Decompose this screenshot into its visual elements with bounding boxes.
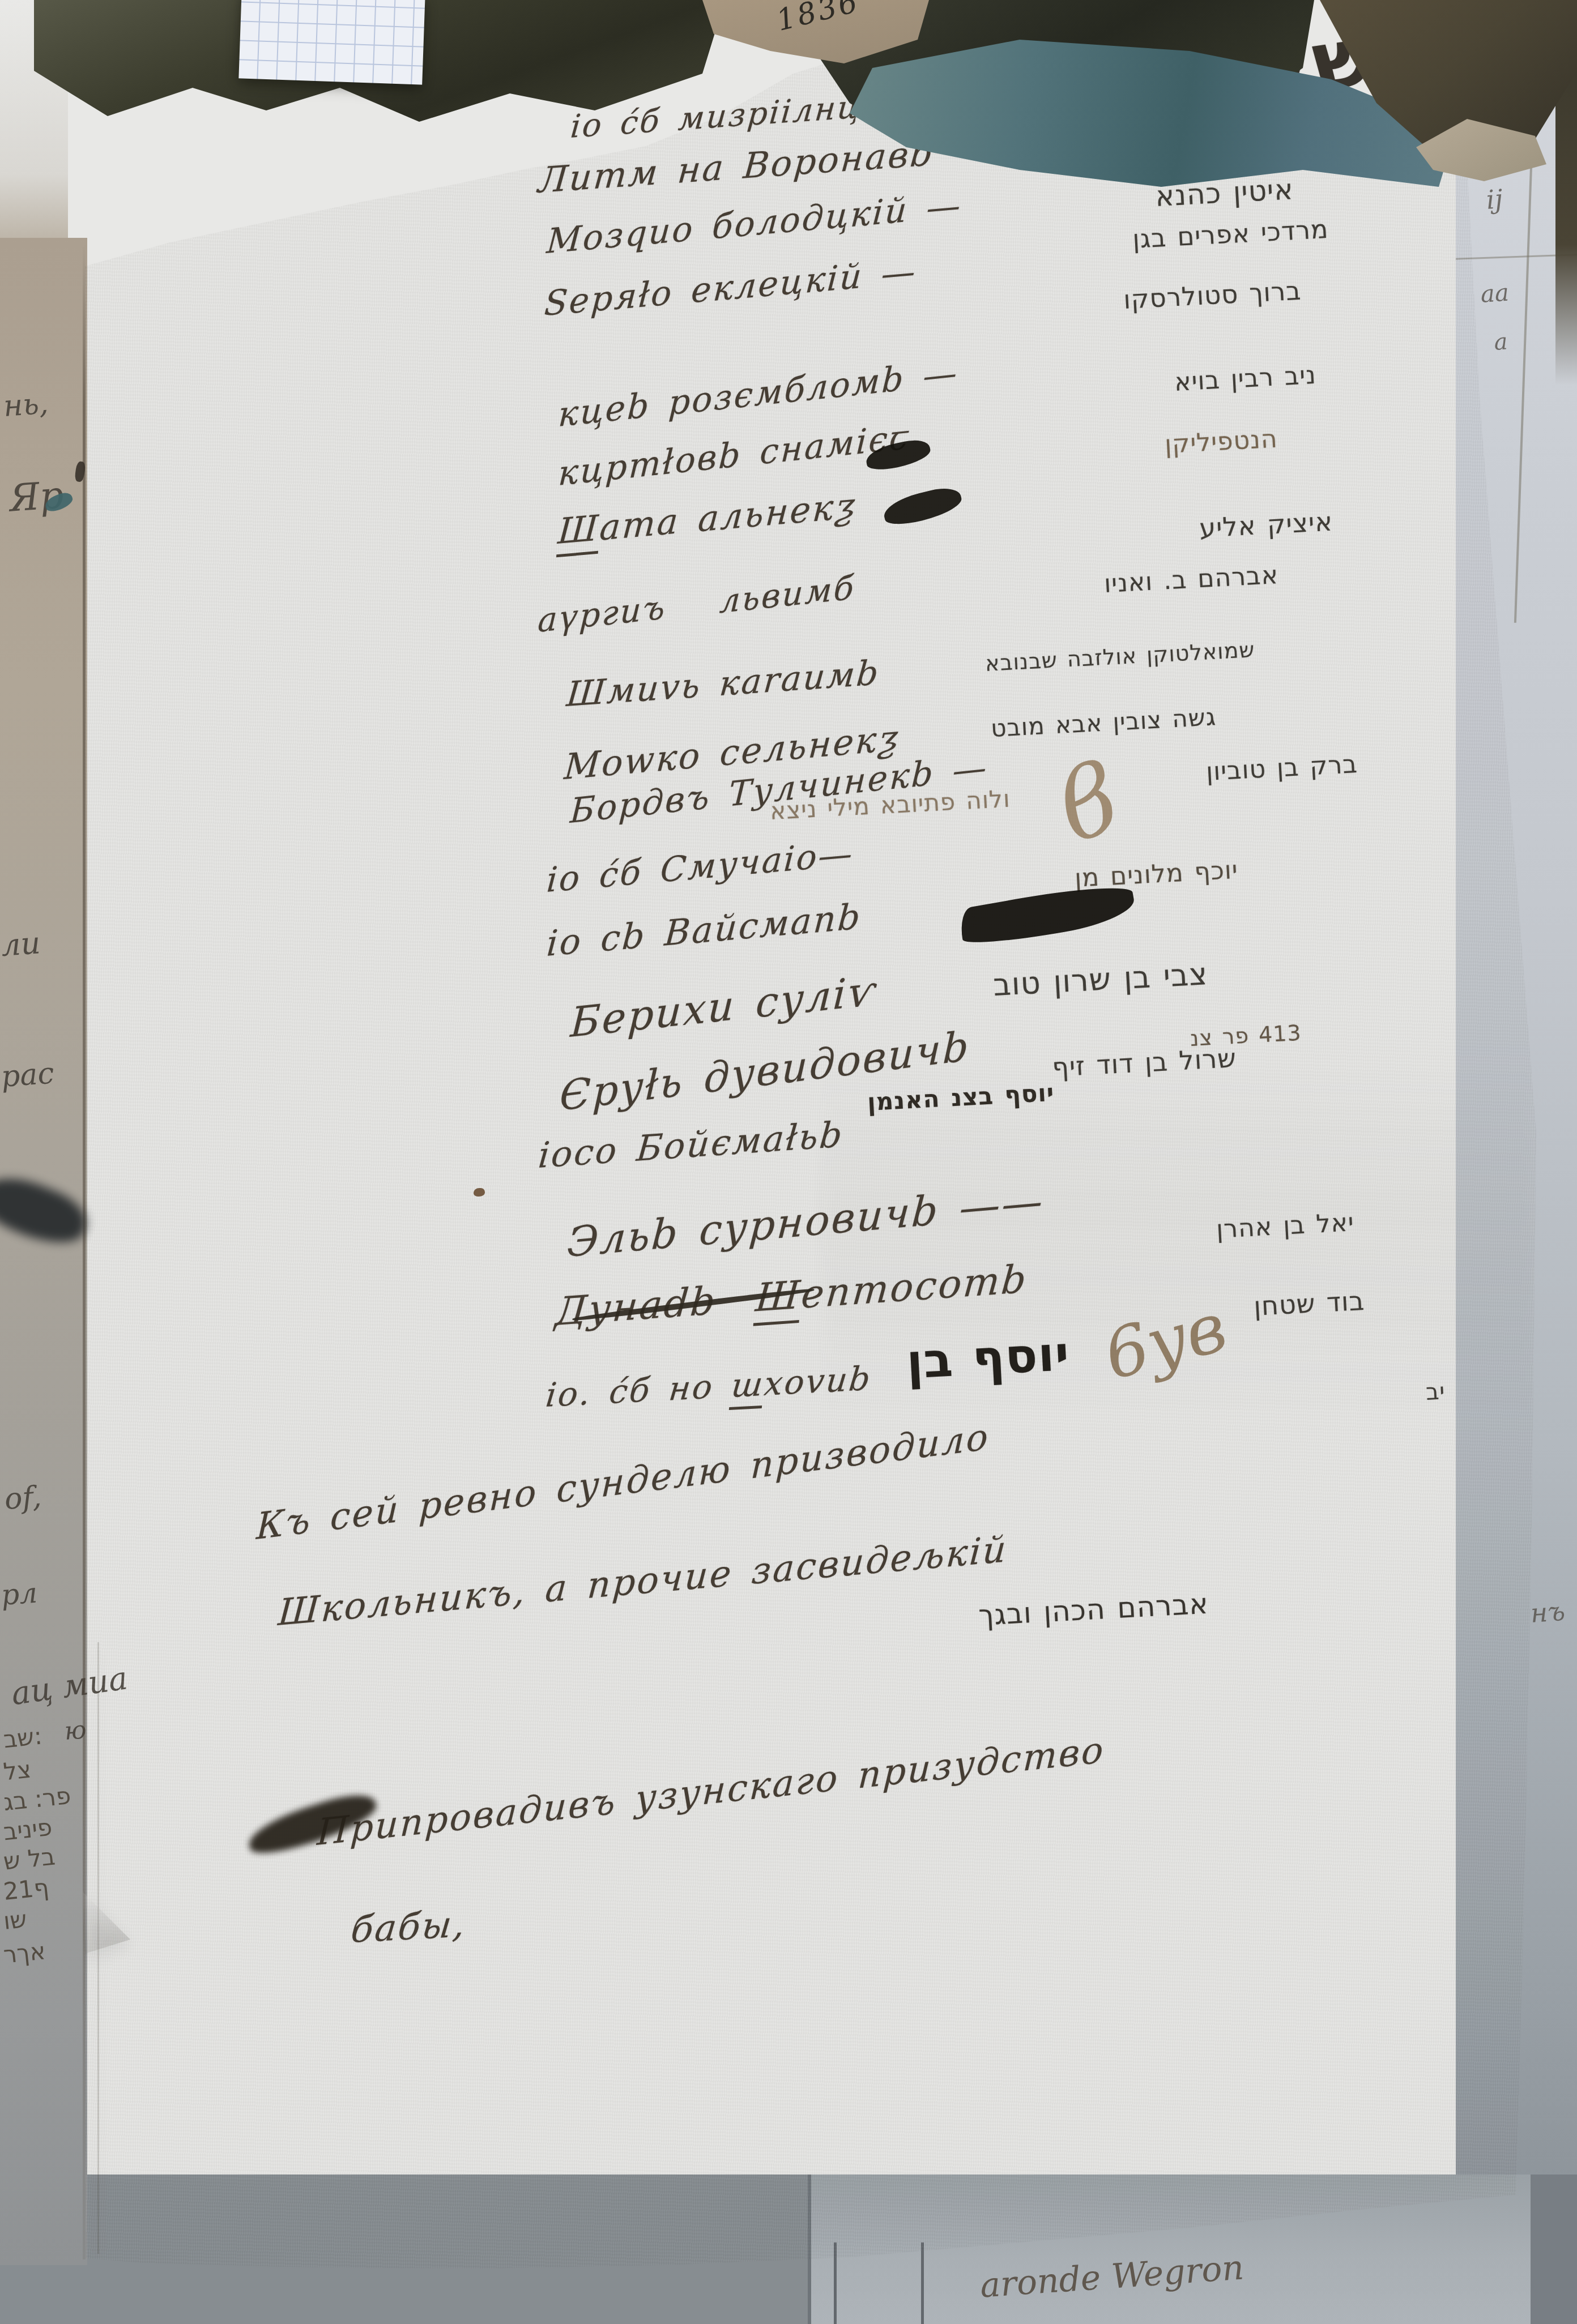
previous-page-writing-fragment: рас <box>0 1056 55 1093</box>
page-corner-fold <box>79 1886 133 1954</box>
hand-line-hebrew: יב <box>1425 1378 1446 1405</box>
previous-page-hebrew-fragment: פר: בג <box>2 1782 73 1816</box>
right-page-writing-fragment: нъ <box>1529 1596 1566 1629</box>
right-page-writing-fragment: ij <box>1485 183 1504 215</box>
hand-line-hebrew: בוד שטחן <box>1253 1285 1365 1322</box>
graph-paper-scrap <box>238 0 425 85</box>
hand-line-latin: бабы, <box>350 1903 467 1951</box>
hand-line-hebrew: הנטפיליקן <box>1164 425 1278 459</box>
previous-page-edge: нь,Ярлирасоf,рлац миаюשב:צלפר: בגפיניבבל… <box>0 238 87 2265</box>
previous-page-hebrew-fragment: פיניב <box>2 1813 54 1846</box>
previous-page-writing-fragment: оf, <box>3 1480 42 1516</box>
previous-page-hebrew-fragment: שב: <box>2 1722 44 1754</box>
previous-page-hebrew-fragment: בל ש <box>2 1842 57 1875</box>
previous-page-writing-fragment: ли <box>0 925 41 963</box>
hand-line-hebrew: יוסף בן <box>905 1326 1071 1390</box>
right-page-writing-fragment: aa <box>1480 279 1510 308</box>
ink-spot <box>474 1188 485 1197</box>
previous-page-hebrew-fragment: אךר <box>2 1937 47 1969</box>
bottom-page-rule-line <box>921 2242 924 2324</box>
previous-page-writing-fragment: нь, <box>2 386 49 423</box>
previous-page-hebrew-fragment: שו <box>2 1905 28 1935</box>
manuscript-photo: aronde Wegron нь,Ярлирасоf,рлац миаюשב:צ… <box>0 0 1577 2324</box>
bottom-page-edge <box>1531 2175 1577 2324</box>
previous-page-hebrew-fragment: צל <box>2 1755 33 1786</box>
previous-page-hebrew-fragment: 21ף <box>2 1873 50 1906</box>
right-page-writing-fragment: a <box>1493 328 1508 356</box>
year-label: 1836 <box>773 0 863 38</box>
binding-gutter <box>83 243 86 2259</box>
previous-page-writing-fragment: рл <box>0 1577 39 1612</box>
manuscript-page <box>0 0 1577 2324</box>
